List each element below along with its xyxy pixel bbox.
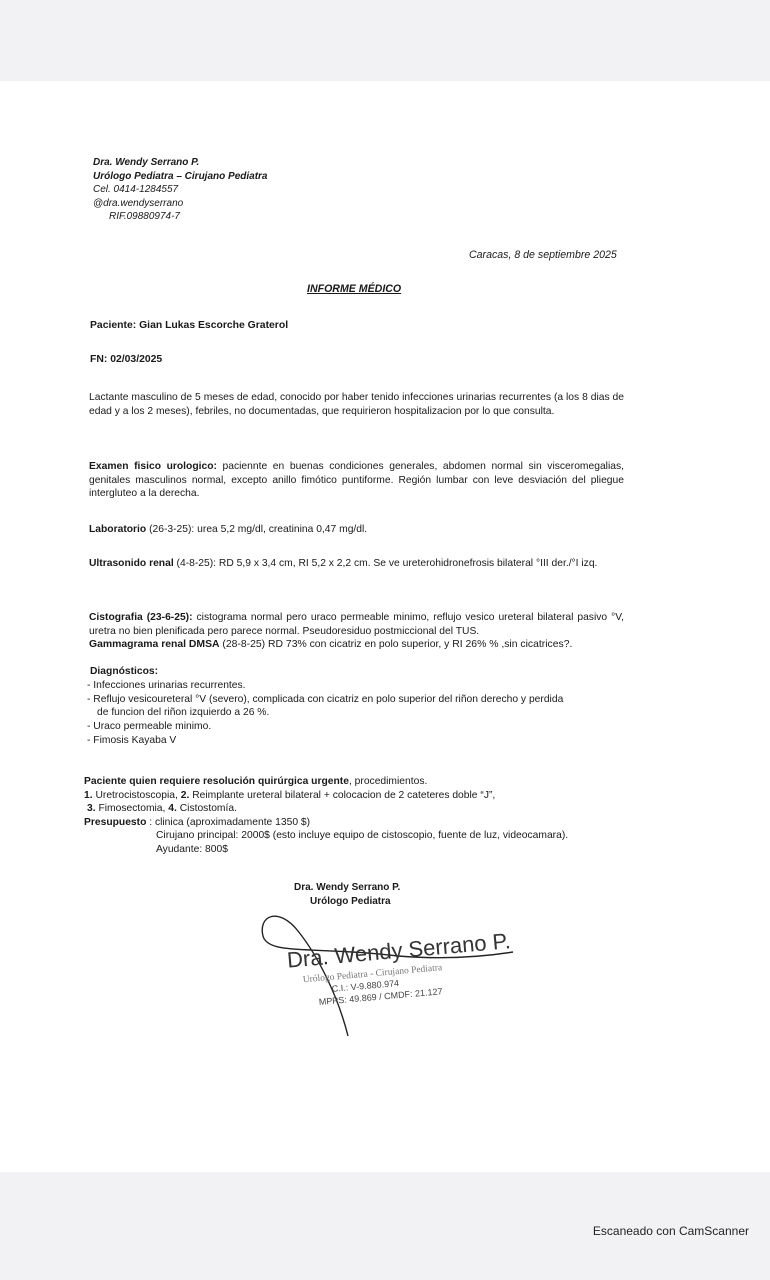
clinical-history: Lactante masculino de 5 meses de edad, c… <box>89 391 624 418</box>
ultrasound-date: (4-8-25): <box>174 558 216 569</box>
diagnoses-label: Diagnósticos: <box>87 665 563 679</box>
patient-line: Paciente: Gian Lukas Escorche Graterol <box>90 319 288 332</box>
birth-date-value: 02/03/2025 <box>110 354 162 365</box>
diagnosis-item: - Fimosis Kayaba V <box>87 734 563 748</box>
procedure-number: 4. <box>168 803 177 814</box>
ultrasound-label: Ultrasonido renal <box>89 558 174 569</box>
patient-label: Paciente: <box>90 320 136 331</box>
physical-exam: Examen fisico urologico: paciennte en bu… <box>89 460 624 501</box>
budget-clinic-text: : clinica (aproximadamente 1350 $) <box>146 817 310 828</box>
diagnoses-section: Diagnósticos: - Infecciones urinarias re… <box>87 665 563 748</box>
renal-ultrasound: Ultrasonido renal (4-8-25): RD 5,9 x 3,4… <box>89 557 624 571</box>
doctor-letterhead: Dra. Wendy Serrano P. Urólogo Pediatra –… <box>93 156 267 224</box>
birth-date-label: FN: <box>90 354 107 365</box>
doctor-rif: RIF.09880974-7 <box>93 210 267 224</box>
physical-exam-label: Examen fisico urologico: <box>89 461 217 472</box>
procedures-line-2: 3. Fimosectomia, 4. Cistostomía. <box>84 802 568 816</box>
ultrasound-text: RD 5,9 x 3,4 cm, RI 5,2 x 2,2 cm. Se ve … <box>216 558 597 569</box>
report-date: Caracas, 8 de septiembre 2025 <box>469 249 617 262</box>
diagnosis-item: - Infecciones urinarias recurrentes. <box>87 679 563 693</box>
budget-clinic: Presupuesto : clinica (aproximadamente 1… <box>84 816 568 830</box>
procedure-name: Reimplante ureteral bilateral + colocaci… <box>189 790 495 801</box>
budget-assistant: Ayudante: 800$ <box>84 843 568 857</box>
signature-stamp: Dra. Wendy Serrano P. Urólogo Pediatra -… <box>258 896 538 1046</box>
surgery-label: Paciente quien requiere resolución quirú… <box>84 776 349 787</box>
signature-name: Dra. Wendy Serrano P. <box>294 881 400 895</box>
surgery-section: Paciente quien requiere resolución quirú… <box>84 775 568 857</box>
doctor-phone: Cel. 0414-1284557 <box>93 183 267 197</box>
surgery-label-suffix: , procedimientos. <box>349 776 427 787</box>
doctor-name: Dra. Wendy Serrano P. <box>93 156 267 170</box>
diagnosis-item: - Reflujo vesicoureteral °V (severo), co… <box>87 693 563 707</box>
dmsa-text: (28-8-25) RD 73% con cicatriz en polo su… <box>220 639 573 650</box>
lab-text: urea 5,2 mg/dl, creatinina 0,47 mg/dl. <box>194 524 367 535</box>
procedure-name: Cistostomía. <box>177 803 237 814</box>
diagnosis-item-continuation: de funcion del riñon izquierdo a 26 %. <box>87 706 563 720</box>
budget-label: Presupuesto <box>84 817 146 828</box>
doctor-specialty: Urólogo Pediatra – Cirujano Pediatra <box>93 170 267 184</box>
lab-label: Laboratorio <box>89 524 146 535</box>
procedures-line-1: 1. Uretrocistoscopia, 2. Reimplante uret… <box>84 789 568 803</box>
scanned-document-page: Dra. Wendy Serrano P. Urólogo Pediatra –… <box>0 81 770 1172</box>
dmsa-scan: Gammagrama renal DMSA (28-8-25) RD 73% c… <box>89 638 572 651</box>
stamp-name: Dra. Wendy Serrano P. <box>286 928 512 972</box>
surgery-requirement: Paciente quien requiere resolución quirú… <box>84 775 568 789</box>
cystography-label: Cistografia (23-6-25): <box>89 612 193 623</box>
birth-date-line: FN: 02/03/2025 <box>90 353 162 366</box>
budget-surgeon: Cirujano principal: 2000$ (esto incluye … <box>84 829 568 843</box>
patient-name: Gian Lukas Escorche Graterol <box>139 320 288 331</box>
dmsa-label: Gammagrama renal DMSA <box>89 639 220 650</box>
diagnosis-item: - Uraco permeable minimo. <box>87 720 563 734</box>
cystography: Cistografia (23-6-25): cistograma normal… <box>89 611 624 638</box>
procedure-number: 1. <box>84 790 93 801</box>
lab-date: (26-3-25): <box>146 524 194 535</box>
doctor-social: @dra.wendyserrano <box>93 197 267 211</box>
camscanner-watermark: Escaneado con CamScanner <box>593 1224 749 1238</box>
lab-results: Laboratorio (26-3-25): urea 5,2 mg/dl, c… <box>89 523 624 537</box>
procedure-number: 3. <box>87 803 96 814</box>
procedure-name: Uretrocistoscopia, <box>93 790 181 801</box>
report-title: INFORME MÉDICO <box>307 283 401 296</box>
procedure-name: Fimosectomia, <box>96 803 169 814</box>
